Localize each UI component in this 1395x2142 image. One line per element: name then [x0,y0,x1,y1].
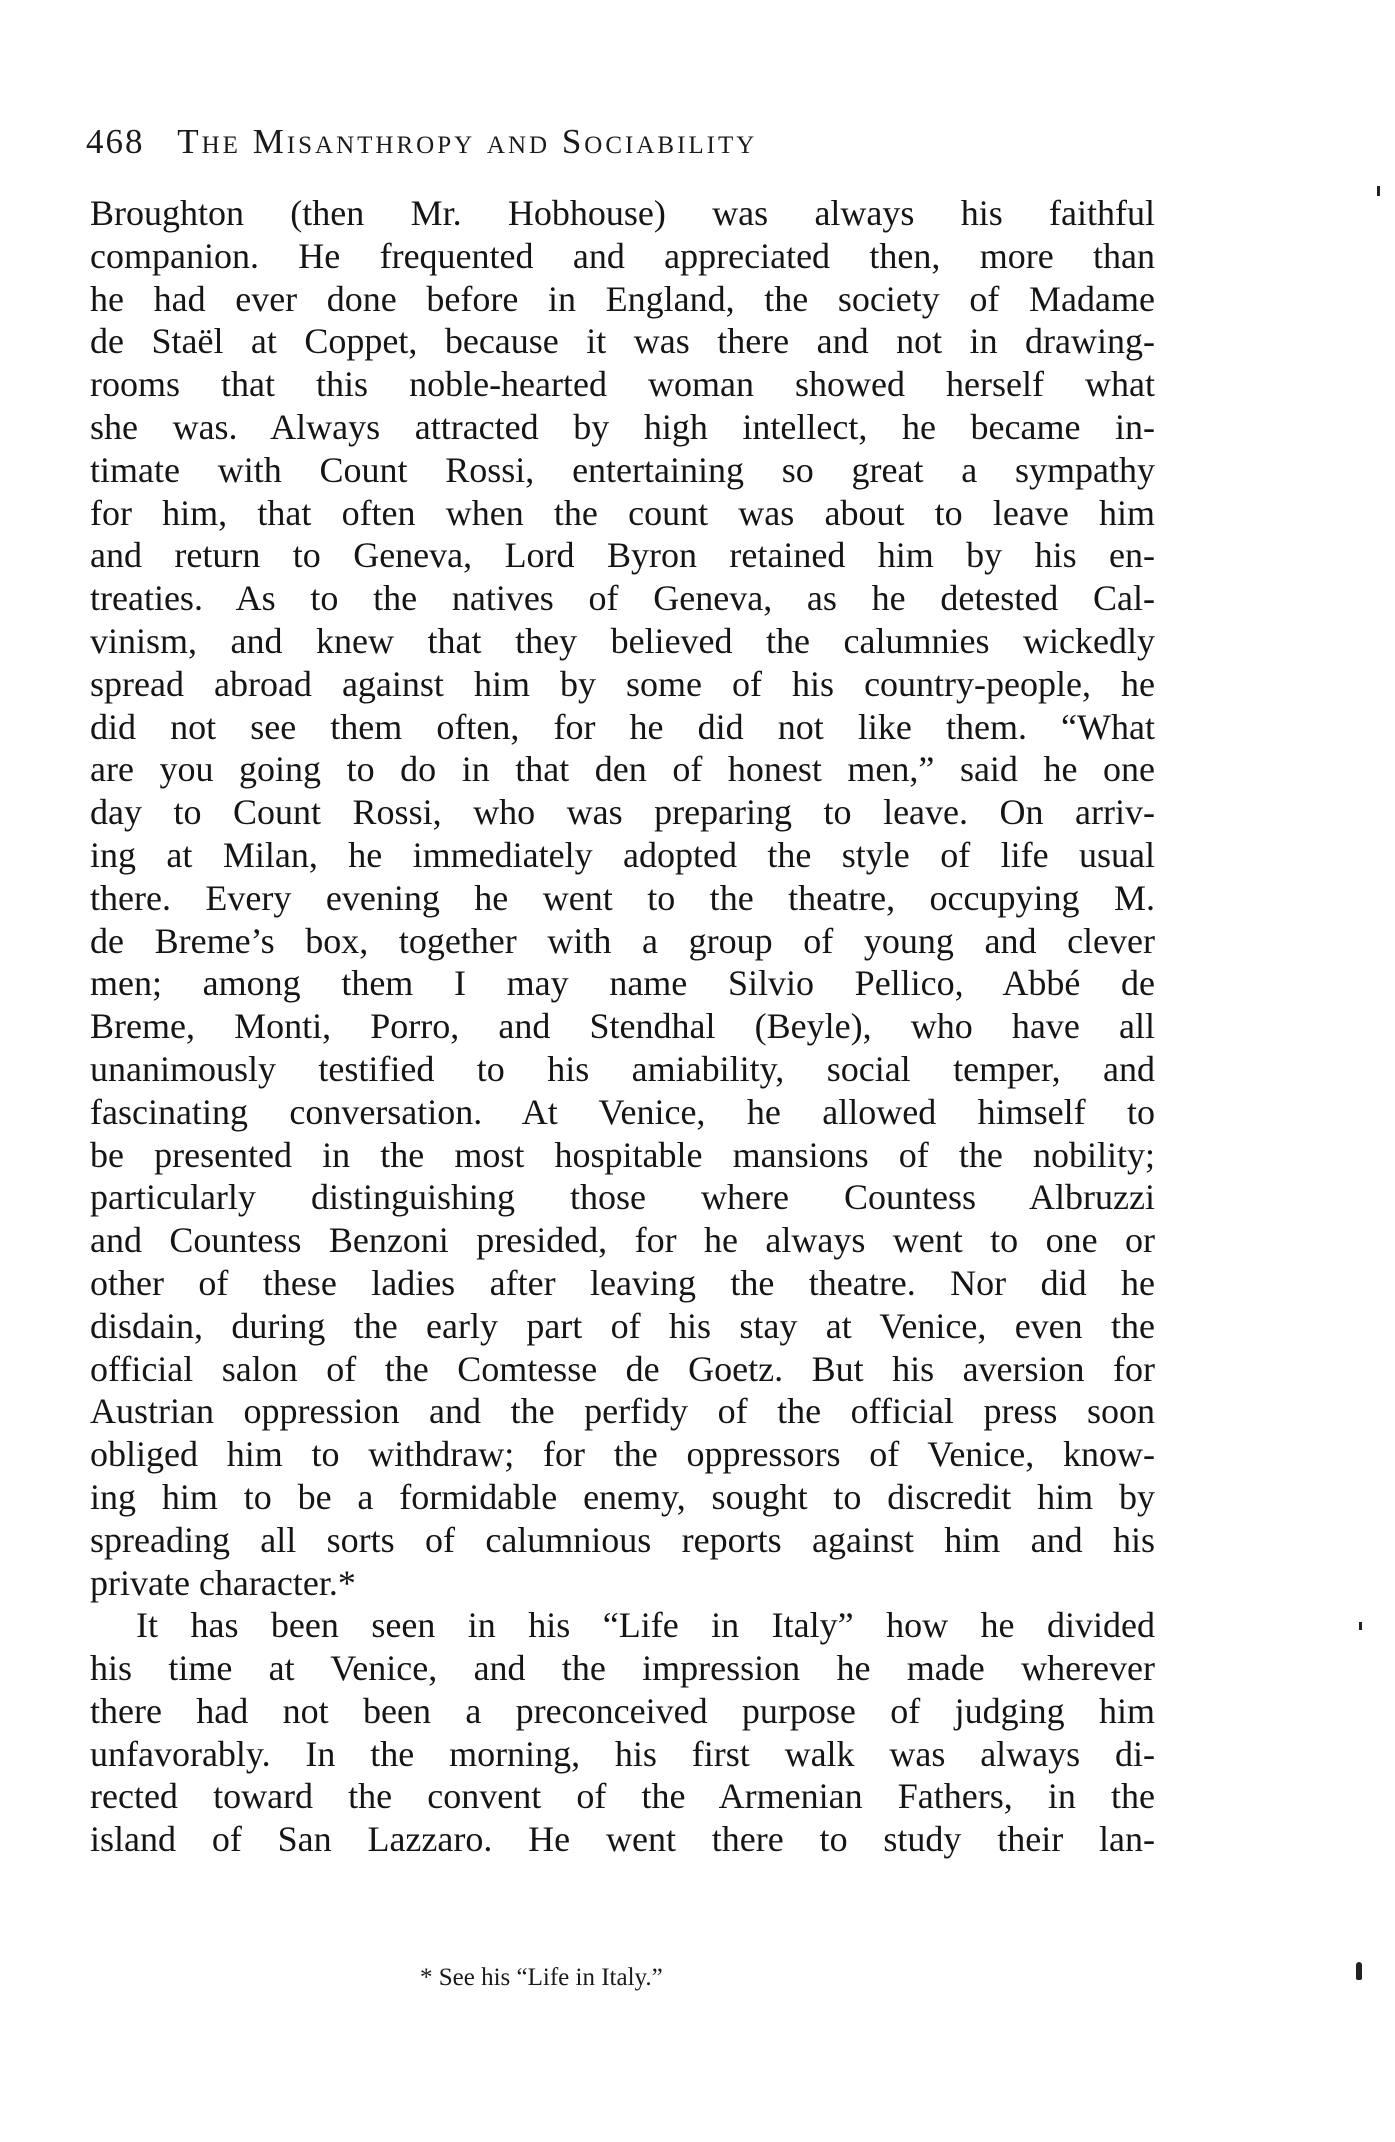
running-head: 468 The Misanthropy and Sociability [86,122,1146,162]
text-line: Broughton (then Mr. Hobhouse) was always… [90,192,1155,235]
footnote: * See his “Life in Italy.” [420,1964,663,1992]
text-line: Breme, Monti, Porro, and Stendhal (Beyle… [90,1005,1155,1048]
text-line: ing him to be a formidable enemy, sought… [90,1476,1155,1519]
paragraph-2: It has been seen in his “Life in Italy” … [90,1604,1155,1861]
text-line: rooms that this noble-hearted woman show… [90,363,1155,406]
text-line: island of San Lazzaro. He went there to … [90,1818,1155,1861]
text-line: de Staël at Coppet, because it was there… [90,320,1155,363]
text-line: there. Every evening he went to the thea… [90,877,1155,920]
text-line: fascinating conversation. At Venice, he … [90,1091,1155,1134]
paragraph-1: Broughton (then Mr. Hobhouse) was always… [90,192,1155,1604]
text-line: unanimously testified to his amiability,… [90,1048,1155,1091]
page-number: 468 [86,122,145,161]
text-line: Austrian oppression and the perfidy of t… [90,1390,1155,1433]
text-line: there had not been a preconceived purpos… [90,1690,1155,1733]
scan-speck [1377,186,1380,196]
book-page: 468 The Misanthropy and Sociability Brou… [0,0,1395,2142]
text-line: unfavorably. In the morning, his first w… [90,1733,1155,1776]
text-line: obliged him to withdraw; for the oppress… [90,1433,1155,1476]
text-line: did not see them often, for he did not l… [90,706,1155,749]
text-line: timate with Count Rossi, entertaining so… [90,449,1155,492]
running-head-title: The Misanthropy and Sociability [177,122,757,161]
text-line: private character.* [90,1562,1155,1605]
text-line: official salon of the Comtesse de Goetz.… [90,1348,1155,1391]
body-text: Broughton (then Mr. Hobhouse) was always… [90,192,1155,1861]
text-line: she was. Always attracted by high intell… [90,406,1155,449]
text-line: spread abroad against him by some of his… [90,663,1155,706]
text-line: ing at Milan, he immediately adopted the… [90,834,1155,877]
text-line: his time at Venice, and the impression h… [90,1647,1155,1690]
text-line: are you going to do in that den of hones… [90,748,1155,791]
text-line: he had ever done before in England, the … [90,278,1155,321]
text-line: and Countess Benzoni presided, for he al… [90,1219,1155,1262]
text-line: day to Count Rossi, who was preparing to… [90,791,1155,834]
text-line: It has been seen in his “Life in Italy” … [90,1604,1155,1647]
text-line: for him, that often when the count was a… [90,492,1155,535]
scan-speck [1356,1962,1362,1980]
text-line: particularly distinguishing those where … [90,1176,1155,1219]
text-line: vinism, and knew that they believed the … [90,620,1155,663]
text-line: rected toward the convent of the Armenia… [90,1775,1155,1818]
text-line: be presented in the most hospitable mans… [90,1134,1155,1177]
text-line: disdain, during the early part of his st… [90,1305,1155,1348]
text-line: treaties. As to the natives of Geneva, a… [90,577,1155,620]
scan-speck [1359,1622,1362,1630]
text-line: spreading all sorts of calumnious report… [90,1519,1155,1562]
text-line: and return to Geneva, Lord Byron retaine… [90,534,1155,577]
text-line: companion. He frequented and appreciated… [90,235,1155,278]
text-line: other of these ladies after leaving the … [90,1262,1155,1305]
text-line: de Breme’s box, together with a group of… [90,920,1155,963]
text-line: men; among them I may name Silvio Pellic… [90,962,1155,1005]
